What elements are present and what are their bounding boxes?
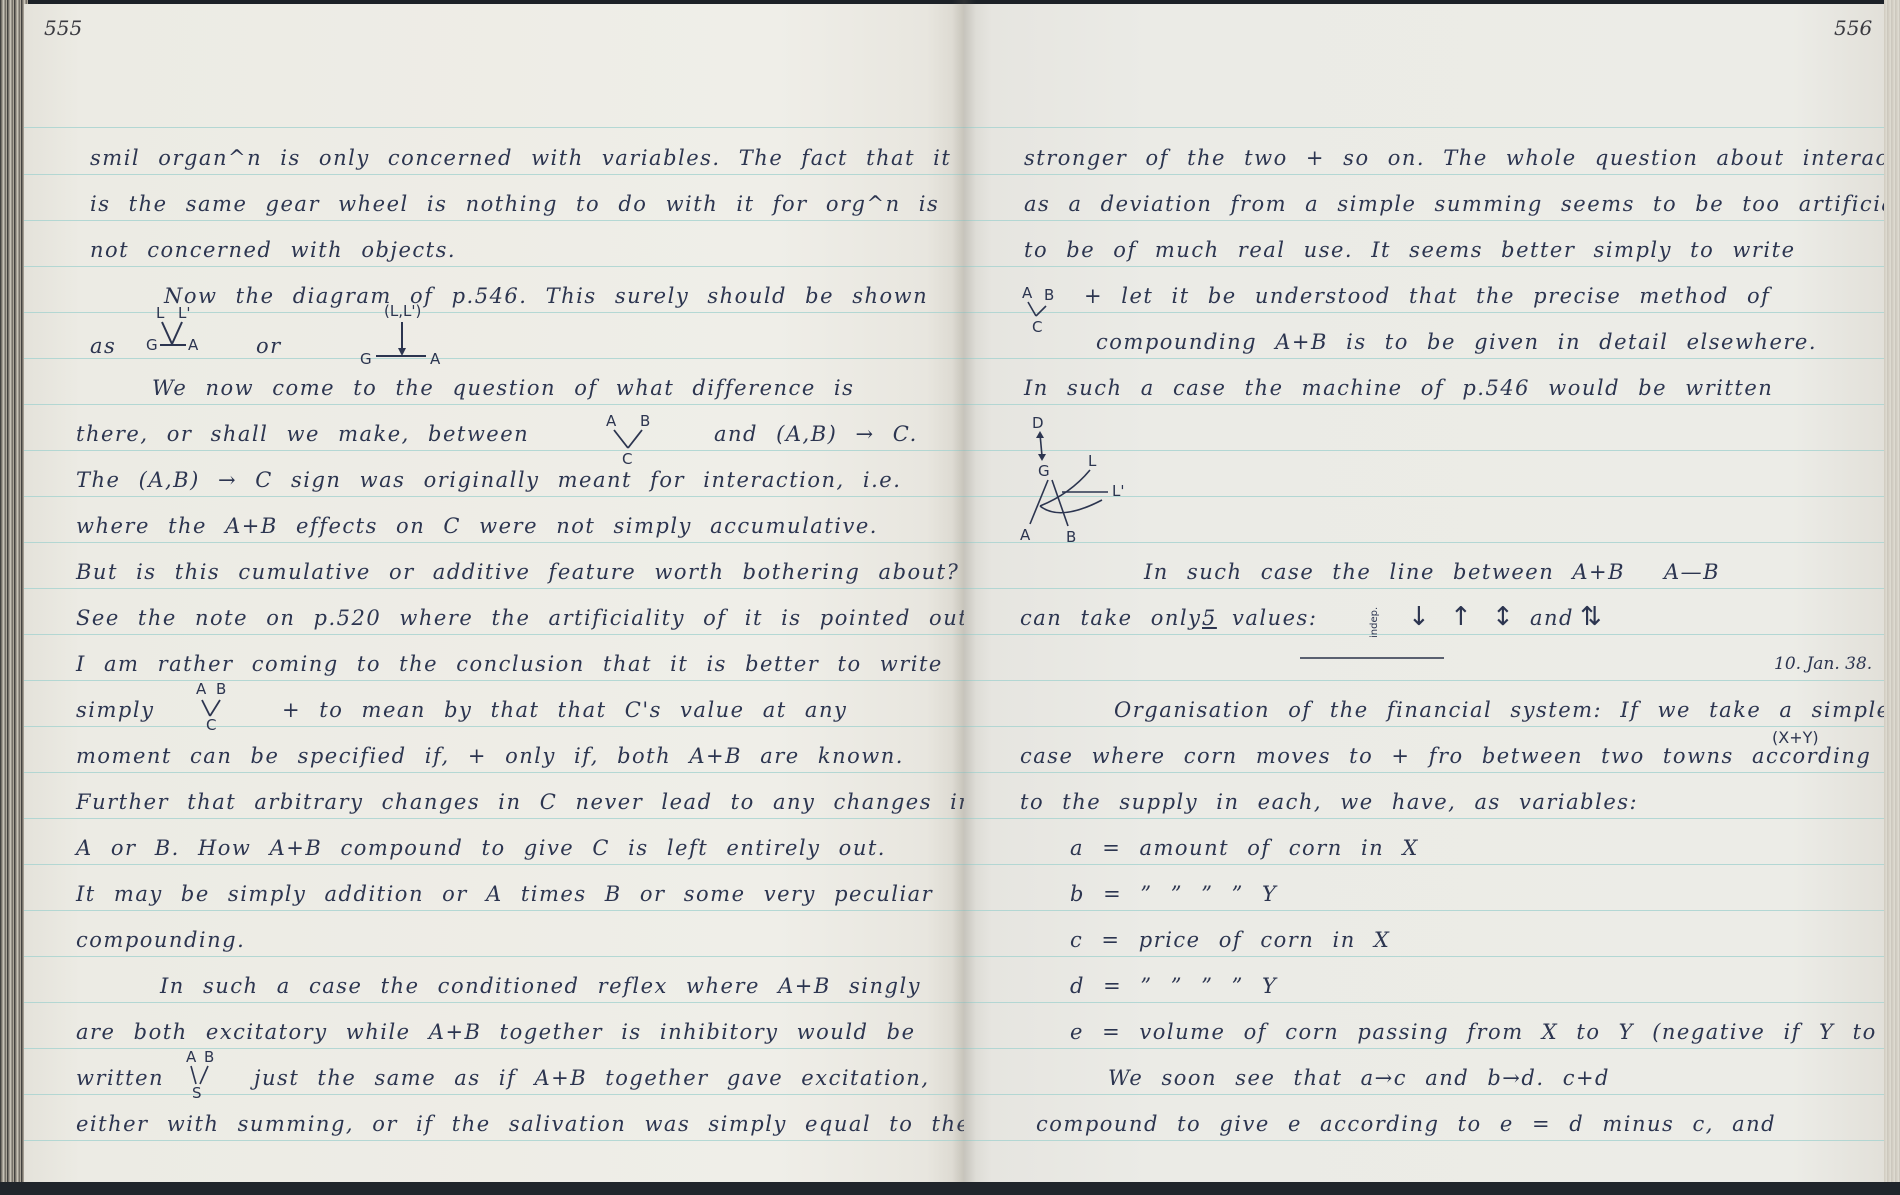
ruled-line [24,174,964,175]
ruled-line [964,1048,1884,1049]
ruled-line [964,1094,1884,1095]
abc-simply-diagram: A B C [194,682,244,738]
svg-text:A: A [196,680,207,698]
svg-text:G: G [360,350,372,368]
variable-line: a = amount of corn in X [1070,836,1419,860]
left-page: 555 smil organ^n is only concerned with … [24,4,964,1182]
abc-diagram: A B C [604,412,664,468]
ruled-line [24,266,964,267]
ruled-line [964,726,1884,727]
section-divider [1300,657,1444,659]
text-line: We now come to the question of what diff… [152,376,854,400]
entry-date: 10. Jan. 38. [1774,654,1872,674]
text-line: Further that arbitrary changes in C neve… [76,790,964,814]
svg-text:C: C [622,450,632,468]
text-line: and [1530,606,1574,630]
ruled-line [964,864,1884,865]
ruled-line [964,404,1884,405]
text-line: A—B [1664,560,1720,584]
ruled-line [24,910,964,911]
ruled-line [964,588,1884,589]
text-line: In such a case the machine of p.546 woul… [1024,376,1773,400]
arrow-down-icon: ↓ [1408,602,1430,632]
ruled-line [964,220,1884,221]
text-line: just the same as if A+B together gave ex… [254,1066,930,1090]
text-line: or [256,334,282,358]
right-page: 556 stronger of the two + so on. The who… [964,4,1884,1182]
svg-text:(L,L'): (L,L') [384,302,421,320]
variable-line: e = volume of corn passing from X to Y (… [1070,1020,1884,1044]
ruled-line [24,127,964,128]
svg-text:A: A [188,336,199,354]
ruled-line [24,634,964,635]
ruled-line [24,680,964,681]
text-line: Organisation of the financial system: If… [1114,698,1884,722]
svg-text:L': L' [1112,482,1124,500]
text-line: A or B. How A+B compound to give C is le… [76,836,886,860]
gla-diagram-2: (L,L') G A [354,304,454,374]
arrow-updown-icon: ↕ [1492,602,1514,632]
background-surface [0,1182,1900,1195]
ruled-line [24,404,964,405]
ruled-line [24,1094,964,1095]
text-line: as [90,334,116,358]
svg-text:A: A [430,350,441,368]
text-line: The (A,B) → C sign was originally meant … [76,468,901,492]
text-line: simply [76,698,154,722]
page-number: 556 [1834,16,1872,40]
ruled-line [964,1002,1884,1003]
ruled-line [964,634,1884,635]
svg-text:A: A [1020,526,1031,544]
arrow-up-icon: ↑ [1450,602,1472,632]
text-line: there, or shall we make, between [76,422,529,446]
text-line: not concerned with objects. [90,238,456,262]
gla-diagram-1: L L' G A [144,304,224,364]
page-edges-right [1884,0,1900,1195]
svg-text:L: L [1088,452,1097,470]
text-line: But is this cumulative or additive featu… [76,560,959,584]
text-line: as a deviation from a simple summing see… [1024,192,1884,216]
svg-text:L: L [156,304,165,322]
ruled-line [24,726,964,727]
svg-text:B: B [1044,286,1054,304]
text-line: to the supply in each, we have, as varia… [1020,790,1638,814]
svg-text:D: D [1032,414,1044,432]
svg-text:G: G [1038,462,1050,480]
ruled-line [964,818,1884,819]
abc-write-diagram: A B C [1020,286,1070,342]
svg-text:B: B [640,412,650,430]
ruled-line [24,496,964,497]
text-line: compounding. [76,928,245,952]
arrows-opposite-icon: ⇅ [1580,602,1602,632]
notebook-spread: 555 smil organ^n is only concerned with … [0,0,1900,1195]
text-line: moment can be specified if, + only if, b… [76,744,904,768]
ruled-line [24,1048,964,1049]
svg-text:B: B [216,680,226,698]
ruled-line [24,220,964,221]
text-line: In such a case the conditioned reflex wh… [160,974,921,998]
text-line: compounding A+B is to be given in detail… [1096,330,1817,354]
ruled-line [24,588,964,589]
ruled-line [24,818,964,819]
text-line: values: [1232,606,1317,630]
ruled-line [964,910,1884,911]
ruled-line [24,450,964,451]
text-line: and (A,B) → C. [714,422,918,446]
ruled-line [24,772,964,773]
svg-text:G: G [146,336,158,354]
svg-text:S: S [192,1084,202,1102]
svg-text:A: A [186,1048,197,1066]
text-line: where the A+B effects on C were not simp… [76,514,878,538]
ruled-line [24,864,964,865]
ruled-line [964,680,1884,681]
text-line: stronger of the two + so on. The whole q… [1024,146,1884,170]
ruled-line [964,1140,1884,1141]
ruled-line [964,772,1884,773]
ruled-line [24,1002,964,1003]
text-line: to be of much real use. It seems better … [1024,238,1796,262]
text-line: smil organ^n is only concerned with vari… [90,146,951,170]
ruled-line [964,956,1884,957]
svg-text:B: B [204,1048,214,1066]
svg-text:C: C [1032,318,1042,336]
text-line: compound to give e according to e = d mi… [1036,1112,1776,1136]
text-line: + to mean by that that C's value at any [282,698,847,722]
ruled-line [964,312,1884,313]
text-line-underlined: 5 [1202,606,1217,630]
text-line: It may be simply addition or A times B o… [76,882,933,906]
text-line: case where corn moves to + fro between t… [1020,744,1871,768]
text-line: See the note on p.520 where the artifici… [76,606,964,630]
text-line: either with summing, or if the salivatio… [76,1112,964,1136]
text-line: are both excitatory while A+B together i… [76,1020,916,1044]
text-line: I am rather coming to the conclusion tha… [76,652,943,676]
variable-line: d = ” ” ” ” Y [1070,974,1277,998]
text-line: We soon see that a→c and b→d. c+d [1108,1066,1610,1090]
ruled-line [24,1140,964,1141]
svg-text:L': L' [178,304,190,322]
variable-line: b = ” ” ” ” Y [1070,882,1277,906]
ruled-line [964,358,1884,359]
ruled-line [964,266,1884,267]
text-line: can take only [1020,606,1202,630]
ruled-line [24,542,964,543]
svg-text:A: A [1022,284,1033,302]
independent-label: indep. [1369,607,1380,638]
text-line: Now the diagram of p.546. This surely sh… [164,284,928,308]
text-line: written [76,1066,164,1090]
machine-diagram: D G L L' A B [1020,414,1180,544]
svg-text:C: C [206,716,216,734]
text-line: In such case the line between A+B [1144,560,1625,584]
ruled-line [24,956,964,957]
variable-line: c = price of corn in X [1070,928,1390,952]
svg-text:A: A [606,412,617,430]
abs-written-diagram: A B S [184,1050,224,1106]
svg-text:B: B [1066,528,1076,546]
ruled-line [964,127,1884,128]
text-line: + let it be understood that the precise … [1084,284,1770,308]
ruled-line [964,174,1884,175]
text-line: is the same gear wheel is nothing to do … [90,192,939,216]
page-number: 555 [44,16,82,40]
